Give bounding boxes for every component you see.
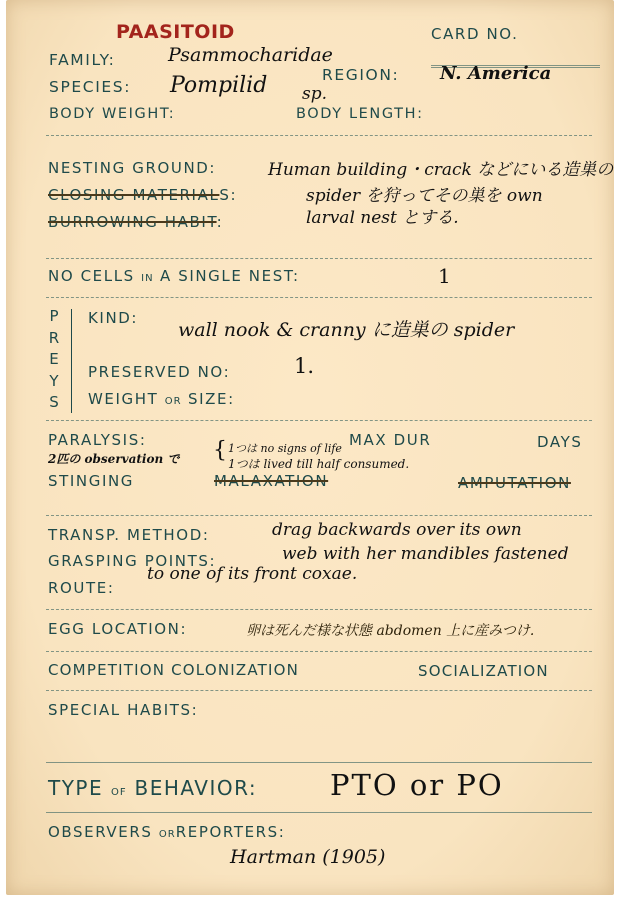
behavior-value: PTO or PO [330,768,504,802]
type-of-behavior-label: TYPE OF BEHAVIOR: [48,776,257,800]
weight-label-or: OR [165,396,182,407]
special-habits-label: SPECIAL HABITS: [48,701,198,719]
species-label: SPECIES: [49,78,131,96]
family-value: Psammocharidae [168,44,333,66]
malaxation-label: MALAXATION [214,472,328,490]
observation-1: 1つは no signs of life [228,440,342,456]
cells-label: NO CELLS IN A SINGLE NEST: [48,267,300,285]
cells-label-in: IN [141,273,153,284]
species-value: Pompilid [170,73,267,98]
divider [46,135,592,136]
observation-2: 1つは lived till half consumed. [228,455,409,472]
brace-icon: { [213,438,227,463]
observer-value: Hartman (1905) [230,846,385,868]
observers-label: OBSERVERS ORREPORTERS: [48,823,285,841]
weight-size-label: WEIGHT OR SIZE: [88,390,235,408]
observation-note: 2匹の observation で [48,450,179,467]
burrowing-habit-tail: : [217,213,224,231]
observers-label-b: REPORTERS: [176,823,286,841]
socialization-label: SOCIALIZATION [418,662,549,680]
divider [46,690,592,691]
preys-vertical-divider [71,309,72,413]
cells-label-post: A SINGLE NEST: [160,267,300,285]
observers-label-a: OBSERVERS [48,823,153,841]
region-label: REGION: [322,66,399,84]
max-dur-label: MAX DUR [349,431,431,449]
preys-letter: P [47,306,61,328]
prey-kind-label: KIND: [88,309,138,327]
behavior-label-a: TYPE [48,776,103,800]
weight-label-b: SIZE: [188,390,235,408]
preserved-no-label: PRESERVED NO: [88,363,230,381]
days-label: DAYS [537,433,582,451]
preys-letter: E [47,349,61,371]
closing-materials-label: CLOSING MATERIALS: [48,186,237,204]
grasping-points-value: web with her mandibles fastened [282,544,569,564]
body-weight-label: BODY WEIGHT: [49,106,175,122]
paralysis-label: PARALYSIS: [48,431,146,449]
divider [46,420,592,421]
family-label: FAMILY: [49,51,115,69]
cells-label-pre: NO CELLS [48,267,135,285]
nesting-note-line3: larval nest とする. [306,203,459,228]
card-no-label: CARD NO. [431,25,518,43]
observers-label-or: OR [159,829,176,840]
divider [46,651,592,652]
divider [46,515,592,516]
preys-letter: Y [47,371,61,393]
burrowing-habit-struck: BURROWING HABIT [48,213,217,231]
body-length-label: BODY LENGTH: [296,106,424,122]
cells-value: 1 [438,264,451,288]
amputation-label: AMPUTATION [458,474,571,492]
region-value: N. America [440,63,551,84]
burrowing-habit-label: BURROWING HABIT: [48,213,223,231]
weight-label-a: WEIGHT [88,390,158,408]
transp-method-label: TRANSP. METHOD: [48,526,210,544]
divider [46,609,592,610]
preys-letter: R [47,328,61,350]
closing-materials-tail: S: [219,186,237,204]
preys-vertical-label: P R E Y S [47,306,61,414]
behavior-label-of: OF [111,787,127,798]
transp-method-value: drag backwards over its own [272,520,522,540]
prey-kind-value: wall nook & cranny に造巣の spider [178,315,514,342]
stamp-label: PAASITOID [116,21,235,43]
competition-colonization-label: COMPETITION COLONIZATION [48,661,299,679]
nesting-note-line1: Human building・crack などにいる造巣の [268,155,613,180]
divider [46,762,592,763]
nesting-ground-label: NESTING GROUND: [48,159,216,177]
divider [46,812,592,813]
route-value: to one of its front coxae. [147,564,357,584]
species-suffix: sp. [302,84,327,104]
closing-materials-struck: CLOSING MATERIAL [48,186,219,204]
divider [46,297,592,298]
stinging-label: STINGING [48,472,134,490]
route-label: ROUTE: [48,579,115,597]
egg-location-value: 卵は死んだ様な状態 abdomen 上に産みつけ. [246,620,534,640]
divider [46,258,592,259]
preserved-no-value: 1. [294,354,314,378]
preys-letter: S [47,392,61,414]
egg-location-label: EGG LOCATION: [48,620,187,638]
behavior-label-b: BEHAVIOR: [134,776,257,800]
